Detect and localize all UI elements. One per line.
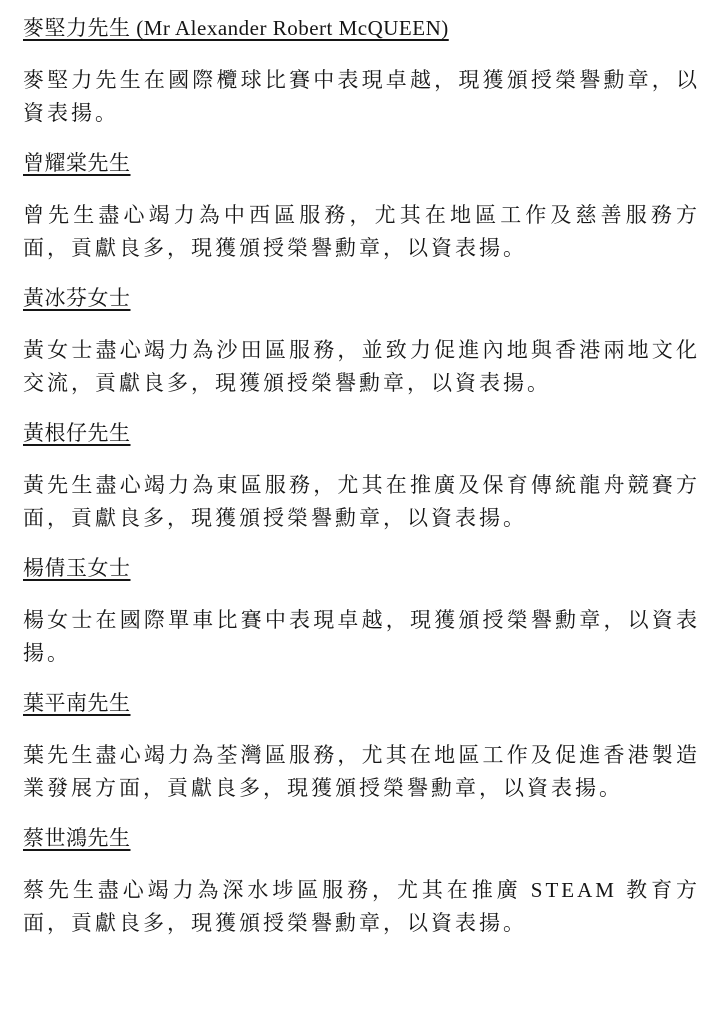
recipient-name-heading: 麥堅力先生 (Mr Alexander Robert McQUEEN): [23, 12, 700, 45]
award-section-5: 楊倩玉女士 楊女士在國際單車比賽中表現卓越，現獲頒授榮譽勳章，以資表揚。: [23, 552, 700, 670]
award-section-7: 蔡世鴻先生 蔡先生盡心竭力為深水埗區服務，尤其在推廣 STEAM 教育方面，貢獻…: [23, 822, 700, 940]
citation-paragraph: 黃先生盡心竭力為東區服務，尤其在推廣及保育傳統龍舟競賽方面，貢獻良多，現獲頒授榮…: [23, 469, 700, 535]
citation-paragraph: 曾先生盡心竭力為中西區服務，尤其在地區工作及慈善服務方面，貢獻良多，現獲頒授榮譽…: [23, 199, 700, 265]
document-page: { "page": { "background_color": "#ffffff…: [0, 0, 722, 1020]
citation-paragraph: 楊女士在國際單車比賽中表現卓越，現獲頒授榮譽勳章，以資表揚。: [23, 604, 700, 670]
recipient-name-heading: 蔡世鴻先生: [23, 822, 700, 855]
citation-paragraph: 蔡先生盡心竭力為深水埗區服務，尤其在推廣 STEAM 教育方面，貢獻良多，現獲頒…: [23, 874, 700, 940]
citation-paragraph: 麥堅力先生在國際欖球比賽中表現卓越，現獲頒授榮譽勳章，以資表揚。: [23, 64, 700, 130]
award-section-1: 麥堅力先生 (Mr Alexander Robert McQUEEN) 麥堅力先…: [23, 12, 700, 130]
recipient-name-heading: 黃冰芬女士: [23, 282, 700, 315]
award-section-4: 黃根仔先生 黃先生盡心竭力為東區服務，尤其在推廣及保育傳統龍舟競賽方面，貢獻良多…: [23, 417, 700, 535]
recipient-name-heading: 曾耀棠先生: [23, 147, 700, 180]
award-section-6: 葉平南先生 葉先生盡心竭力為荃灣區服務，尤其在地區工作及促進香港製造業發展方面，…: [23, 687, 700, 805]
citation-paragraph: 葉先生盡心竭力為荃灣區服務，尤其在地區工作及促進香港製造業發展方面，貢獻良多，現…: [23, 739, 700, 805]
citation-paragraph: 黃女士盡心竭力為沙田區服務，並致力促進內地與香港兩地文化交流，貢獻良多，現獲頒授…: [23, 334, 700, 400]
award-section-2: 曾耀棠先生 曾先生盡心竭力為中西區服務，尤其在地區工作及慈善服務方面，貢獻良多，…: [23, 147, 700, 265]
recipient-name-heading: 黃根仔先生: [23, 417, 700, 450]
award-section-3: 黃冰芬女士 黃女士盡心竭力為沙田區服務，並致力促進內地與香港兩地文化交流，貢獻良…: [23, 282, 700, 400]
recipient-name-heading: 葉平南先生: [23, 687, 700, 720]
page: 麥堅力先生 (Mr Alexander Robert McQUEEN) 麥堅力先…: [0, 0, 722, 1020]
recipient-name-heading: 楊倩玉女士: [23, 552, 700, 585]
